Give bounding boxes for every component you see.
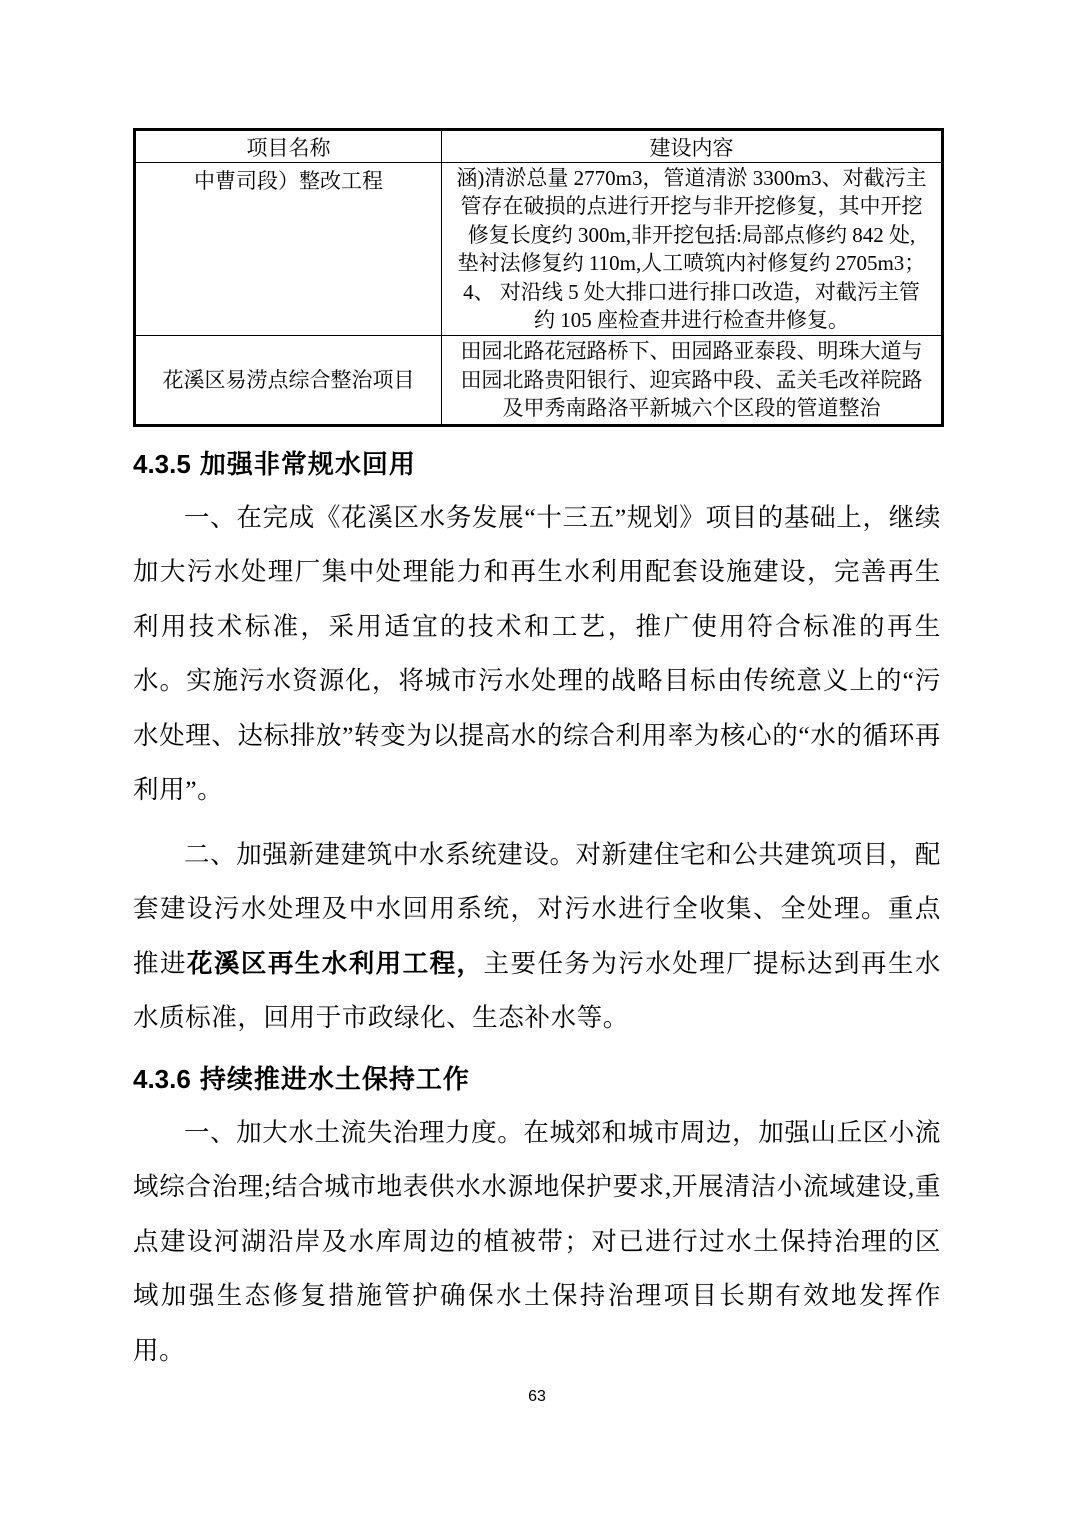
bold-project-name: 花溪区再生水利用工程，	[187, 949, 484, 978]
projects-table: 项目名称 建设内容 中曹司段）整改工程 涵)清淤总量 2770m3，管道清淤 3…	[133, 128, 944, 427]
section-heading-4-3-5: 4.3.5加强非常规水回用	[133, 447, 941, 481]
column-header-project-name: 项目名称	[135, 130, 442, 163]
project-name-cell: 中曹司段）整改工程	[135, 163, 442, 336]
construction-content-cell: 田园北路花冠路桥下、田园路亚泰段、明珠大道与 田园北路贵阳银行、迎宾路中段、孟关…	[442, 336, 943, 425]
paragraph-reclaimed-water-1: 一、在完成《花溪区水务发展“十三五”规划》项目的基础上，继续加大污水处理厂集中处…	[133, 491, 941, 818]
construction-content-cell: 涵)清淤总量 2770m3，管道清淤 3300m3、对截污主 管存在破损的点进行…	[442, 163, 943, 336]
section-number: 4.3.5	[133, 449, 191, 479]
column-header-construction-content: 建设内容	[442, 130, 943, 163]
section-number: 4.3.6	[133, 1064, 191, 1094]
table-row: 中曹司段）整改工程 涵)清淤总量 2770m3，管道清淤 3300m3、对截污主…	[135, 163, 943, 336]
table-header-row: 项目名称 建设内容	[135, 130, 943, 163]
paragraph-soil-conservation-1: 一、加大水土流失治理力度。在城郊和城市周边，加强山丘区小流域综合治理;结合城市地…	[133, 1106, 941, 1379]
page-number: 63	[0, 1388, 1074, 1406]
section-heading-4-3-6: 4.3.6持续推进水土保持工作	[133, 1062, 941, 1096]
paragraph-reclaimed-water-2: 二、加强新建建筑中水系统建设。对新建住宅和公共建筑项目，配套建设污水处理及中水回…	[133, 828, 941, 1046]
table-row: 花溪区易涝点综合整治项目 田园北路花冠路桥下、田园路亚泰段、明珠大道与 田园北路…	[135, 336, 943, 425]
document-page: { "table": { "headers": ["项目名称", "建设内容"]…	[0, 0, 1074, 1520]
page-content: 项目名称 建设内容 中曹司段）整改工程 涵)清淤总量 2770m3，管道清淤 3…	[133, 128, 941, 1378]
section-title: 加强非常规水回用	[200, 449, 416, 479]
project-name-cell: 花溪区易涝点综合整治项目	[135, 336, 442, 425]
section-title: 持续推进水土保持工作	[200, 1064, 470, 1094]
